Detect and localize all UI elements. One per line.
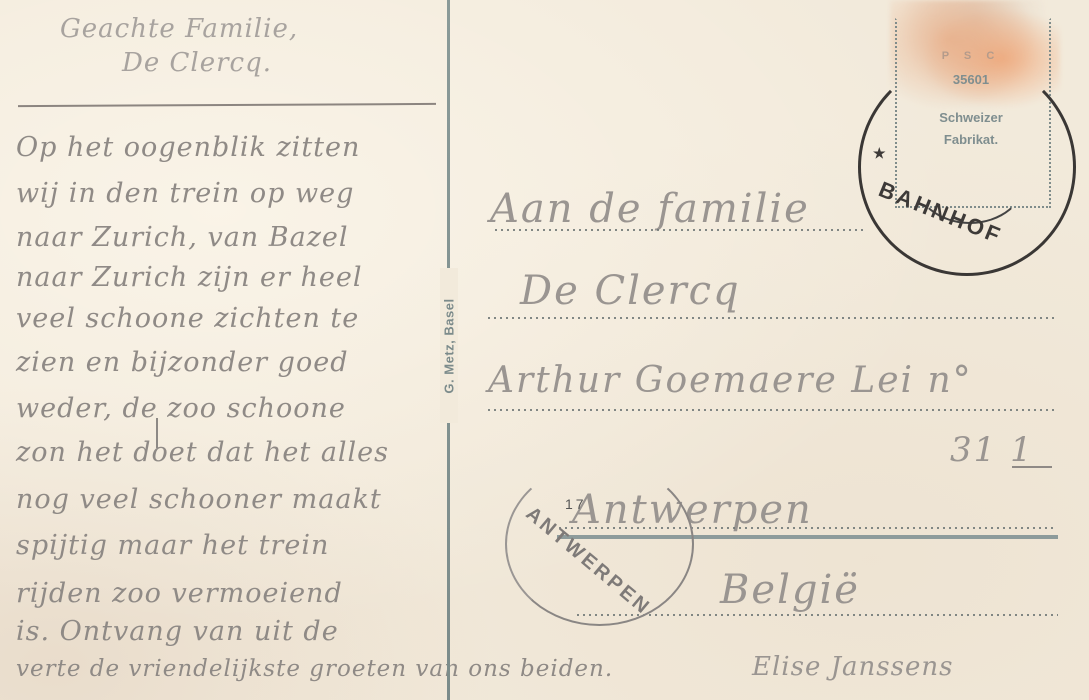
printer-credit: G. Metz, Basel [442, 298, 457, 393]
address-dotted-line-2 [486, 317, 1058, 319]
message-line: zien en bijzonder goed [16, 347, 348, 378]
message-line: rijden zoo vermoeiend [16, 578, 343, 609]
salutation-line-2: De Clercq. [122, 48, 272, 78]
message-line: veel schoone zichten te [16, 303, 359, 334]
message-line: naar Zurich, van Bazel [16, 222, 349, 253]
postmark-antwerpen-ring [505, 462, 694, 626]
address-line-3: Arthur Goemaere Lei n° [488, 360, 973, 401]
message-line: Op het oogenblik zitten [16, 132, 360, 163]
message-line: nog veel schooner maakt [16, 484, 382, 515]
address-dotted-line-3 [486, 409, 1058, 411]
message-line: zon het doet dat het alles [16, 437, 389, 468]
pencil-mark [156, 418, 158, 448]
message-line: is. Ontvang van uit de [16, 616, 339, 647]
message-line: verte de vriendelijkste groeten van ons … [16, 656, 613, 682]
address-country: België [720, 567, 860, 613]
salutation-line-1: Geachte Familie, [60, 14, 298, 44]
house-number: 31 1 [950, 430, 1034, 470]
star-icon: ★ [873, 145, 886, 162]
postmark-date-fragment: 17 [565, 496, 587, 512]
message-line: weder, de zoo schoone [16, 393, 346, 424]
address-line-2: De Clercq [520, 268, 741, 314]
salutation-underline [18, 103, 436, 107]
message-line: naar Zurich zijn er heel [16, 262, 363, 293]
address-line-1: Aan de familie [490, 186, 810, 232]
address-dotted-line-1 [493, 229, 863, 231]
postcard-back: Geachte Familie, De Clercq. Op het oogen… [0, 0, 1089, 700]
signature: Elise Janssens [752, 652, 953, 682]
number-underline [1012, 466, 1052, 468]
message-line: spijtig maar het trein [16, 530, 329, 561]
message-line: wij in den trein op weg [16, 178, 354, 209]
